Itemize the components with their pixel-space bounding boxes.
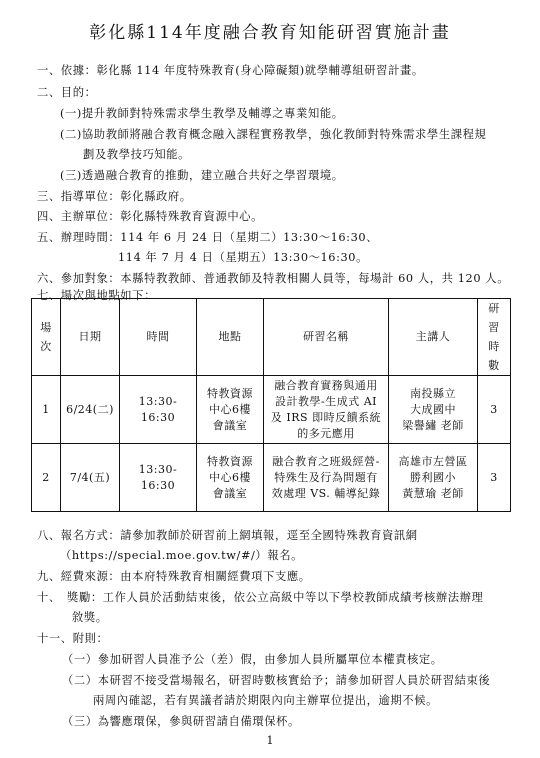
- section-1-basis: 一、依據：彰化縣 114 年度特殊教育(身心障礙類)就學輔導組研習計畫。: [37, 63, 424, 78]
- section-3-supervisor: 三、指導單位：彰化縣政府。: [37, 189, 192, 204]
- section-8-registration-cont: （https://special.moe.gov.tw/#/）報名。: [60, 548, 303, 563]
- cell-hours: 3: [478, 444, 511, 512]
- cell-hours: 3: [478, 376, 511, 444]
- section-5-schedule-cont: 114 年 7 月 4 日（星期五）13:30～16:30。: [118, 250, 368, 265]
- cell-date: 7/4(五): [61, 444, 120, 512]
- section-5-schedule: 五、辦理時間：114 年 6 月 24 日（星期二）13:30～16:30、: [37, 230, 378, 245]
- header-location: 地點: [197, 299, 264, 376]
- section-8-registration: 八、報名方式：請參加教師於研習前上網填報，逕至全國特殊教育資訊網: [37, 528, 418, 543]
- cell-course-name: 融合教育之班級經營- 特殊生及行為問題有 效處理 VS. 輔導紀錄: [264, 444, 389, 512]
- cell-time: 13:30-16:30: [120, 444, 197, 512]
- purpose-item-3: (三)透過融合教育的推動，建立融合共好之學習環境。: [60, 168, 344, 183]
- document-title: 彰化縣114年度融合教育知能研習實施計畫: [0, 18, 540, 43]
- section-6-participants: 六、參加對象：本縣特教教師、普通教師及特教相關人員等，每場計 60 人，共 12…: [37, 271, 509, 286]
- section-9-funding: 九、經費來源：由本府特殊教育相關經費項下支應。: [37, 569, 311, 584]
- section-4-organizer: 四、主辦單位：彰化縣特殊教育資源中心。: [37, 209, 263, 224]
- cell-speaker: 高雄市左營區 勝利國小 黃慧瑜 老師: [389, 444, 478, 512]
- section-11-appendix: 十一、附則：: [37, 631, 108, 646]
- section-10-rewards-cont: 敘獎。: [72, 610, 108, 625]
- appendix-item-3: （三）為響應環保，參與研習請自備環保杯。: [62, 714, 300, 729]
- purpose-item-2: (二)協助教師將融合教育概念融入課程實務教學，強化教師對特殊需求學生課程規: [60, 127, 486, 142]
- table-row: 1 6/24(二) 13:30-16:30 特教資源 中心6樓 會議室 融合教育…: [32, 376, 511, 444]
- cell-time: 13:30-16:30: [120, 376, 197, 444]
- header-course-name: 研習名稱: [264, 299, 389, 376]
- purpose-item-2-cont: 劃及教學技巧知能。: [83, 147, 190, 162]
- cell-date: 6/24(二): [61, 376, 120, 444]
- appendix-item-2-cont: 兩周內確認，若有異議者請於期限內向主辦單位提出，逾期不候。: [93, 693, 438, 708]
- header-hours: 研習時數: [478, 299, 511, 376]
- cell-session: 2: [32, 444, 61, 512]
- section-10-rewards: 十、 獎勵：工作人員於活動結束後，依公立高級中等以下學校教師成績考核辦法辦理: [37, 590, 483, 605]
- cell-course-name: 融合教育實務與通用 設計教學-生成式 AI 及 IRS 即時反饋系統 的多元應用: [264, 376, 389, 444]
- appendix-item-2: （二）本研習不接受當場報名，研習時數核實給予；請參加研習人員於研習結束後: [62, 673, 490, 688]
- header-time: 時間: [120, 299, 197, 376]
- table-row: 2 7/4(五) 13:30-16:30 特教資源 中心6樓 會議室 融合教育之…: [32, 444, 511, 512]
- header-speaker: 主講人: [389, 299, 478, 376]
- cell-session: 1: [32, 376, 61, 444]
- page-number: 1: [0, 734, 540, 747]
- cell-location: 特教資源 中心6樓 會議室: [197, 376, 264, 444]
- appendix-item-1: （一）參加研習人員准予公（差）假，由參加人員所屬單位本權責核定。: [62, 652, 443, 667]
- header-session: 場次: [32, 299, 61, 376]
- table-header-row: 場次 日期 時間 地點 研習名稱 主講人 研習時數: [32, 299, 511, 376]
- cell-speaker: 南投縣立 大成國中 梁譽繡 老師: [389, 376, 478, 444]
- section-2-purpose: 二、目的：: [37, 85, 97, 100]
- session-table: 場次 日期 時間 地點 研習名稱 主講人 研習時數 1 6/24(二) 13:3…: [31, 298, 511, 512]
- purpose-item-1: (一)提升教師對特殊需求學生教學及輔導之專業知能。: [60, 106, 344, 121]
- cell-location: 特教資源 中心6樓 會議室: [197, 444, 264, 512]
- header-date: 日期: [61, 299, 120, 376]
